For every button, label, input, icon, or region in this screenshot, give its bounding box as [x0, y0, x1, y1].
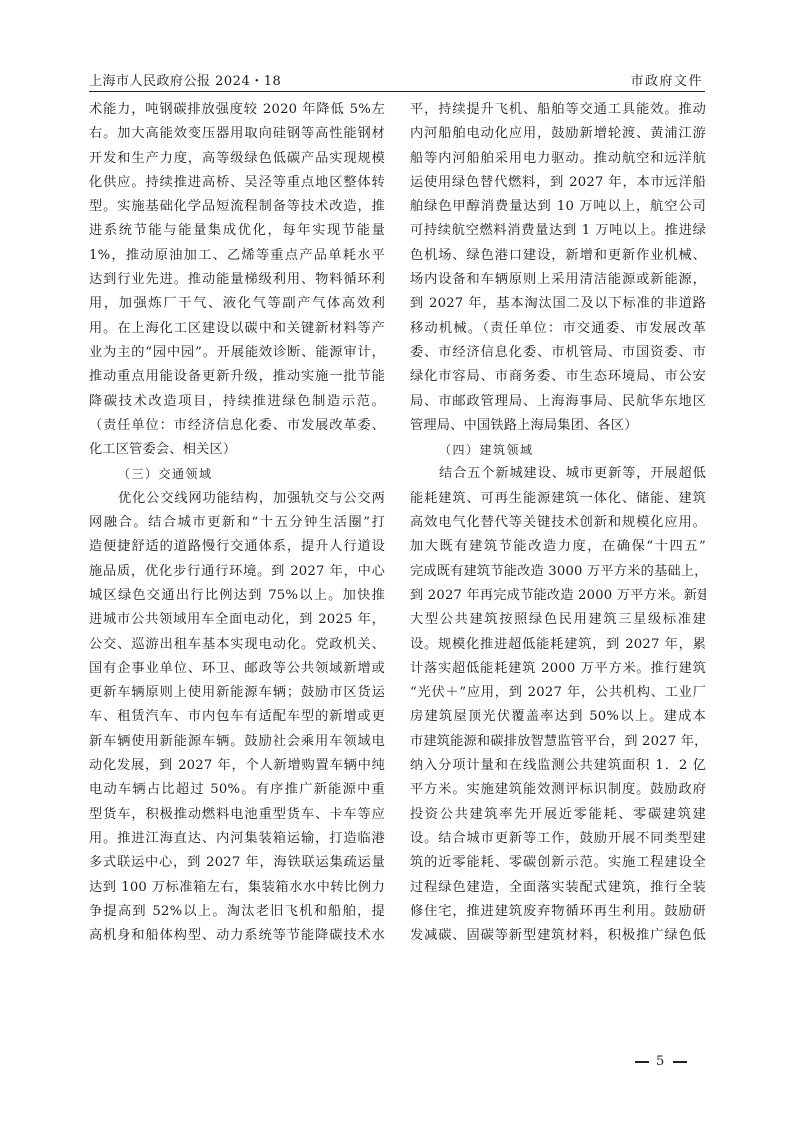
- text-line: 场内设备和车辆原则上采用清洁能源或新能源，: [410, 268, 706, 292]
- text-line: “光伏＋”应用，到 2027 年，公共机构、工业厂: [410, 681, 706, 705]
- text-line: 平，持续提升飞机、船舶等交通工具能效。推动: [410, 98, 706, 122]
- text-line: 能耗建筑、可再生能源建筑一体化、储能、建筑: [410, 487, 706, 511]
- section-heading: （三）交通领域: [89, 462, 385, 486]
- text-line: 进城市公共领域用车全面电动化，到 2025 年，: [89, 608, 385, 632]
- text-line: 船等内河船舶采用电力驱动。推动航空和远洋航: [410, 147, 706, 171]
- text-line: 到 2027 年再完成节能改造 2000 万平方米。新建: [410, 584, 706, 608]
- dash-right: [673, 1061, 687, 1063]
- text-line: 电动车辆占比超过 50%。有序推广新能源中重: [89, 778, 385, 802]
- text-line: 房建筑屋顶光伏覆盖率达到 50%以上。建成本: [410, 705, 706, 729]
- text-line: 局、市邮政管理局、上海海事局、民航华东地区: [410, 390, 706, 414]
- text-line: 用。推进江海直达、内河集装箱运输，打造临港: [89, 827, 385, 851]
- text-line: 计落实超低能耗建筑 2000 万平方米。推行建筑: [410, 657, 706, 681]
- text-line: 色机场、绿色港口建设，新增和更新作业机械、: [410, 244, 706, 268]
- text-line: 城区绿色交通出行比例达到 75%以上。加快推: [89, 584, 385, 608]
- text-line: 动化发展，到 2027 年，个人新增购置车辆中纯: [89, 754, 385, 778]
- text-line: 达到 100 万标准箱左右，集装箱水水中转比例力: [89, 876, 385, 900]
- paragraph-end: 化工区管委会、相关区）: [89, 438, 385, 462]
- text-line: 推动重点用能设备更新升级，推动实施一批节能: [89, 365, 385, 389]
- text-line: 争提高到 52%以上。淘汰老旧飞机和船舶，提: [89, 900, 385, 924]
- text-line: 多式联运中心，到 2027 年，海铁联运集疏运量: [89, 851, 385, 875]
- paragraph-start: 优化公交线网功能结构，加强轨交与公交两: [89, 487, 385, 511]
- text-line: 造便捷舒适的道路慢行交通体系，提升人行道设: [89, 535, 385, 559]
- text-line: 达到行业先进。推动能量梯级利用、物料循环利: [89, 268, 385, 292]
- text-line: 高机身和船体构型、动力系统等节能降碳技术水: [89, 924, 385, 948]
- text-line: 运使用绿色替代燃料，到 2027 年，本市远洋船: [410, 171, 706, 195]
- text-line: 修住宅，推进建筑废弃物循环再生利用。鼓励研: [410, 900, 706, 924]
- text-line: 网融合。结合城市更新和“十五分钟生活圈”打: [89, 511, 385, 535]
- text-line: 大型公共建筑按照绿色民用建筑三星级标准建: [410, 608, 706, 632]
- text-line: 降碳技术改造项目，持续推进绿色制造示范。: [89, 390, 385, 414]
- text-line: 委、市经济信息化委、市机管局、市国资委、市: [410, 341, 706, 365]
- text-line: 进系统节能与能量集成优化，每年实现节能量: [89, 219, 385, 243]
- text-line: 设。规模化推进超低能耗建筑，到 2027 年，累: [410, 633, 706, 657]
- text-line: 型。实施基础化学品短流程制备等技术改造，推: [89, 195, 385, 219]
- text-line: 更新车辆原则上使用新能源车辆；鼓励市区货运: [89, 681, 385, 705]
- section-title: 市政府文件: [630, 70, 703, 89]
- publication-title: 上海市人民政府公报 2024・18: [89, 70, 281, 89]
- text-line: 用。在上海化工区建设以碳中和关键新材料等产: [89, 317, 385, 341]
- text-line: 内河船舶电动化应用，鼓励新增轮渡、黄浦江游: [410, 122, 706, 146]
- text-line: 高效电气化替代等关键技术创新和规模化应用。: [410, 511, 706, 535]
- text-line: 平方米。实施建筑能效测评标识制度。鼓励政府: [410, 778, 706, 802]
- text-line: 术能力，吨钢碳排放强度较 2020 年降低 5%左: [89, 98, 385, 122]
- text-line: 车、租赁汽车、市内包车有适配车型的新增或更: [89, 705, 385, 729]
- text-line: 公交、巡游出租车基本实现电动化。党政机关、: [89, 633, 385, 657]
- text-line: 国有企事业单位、环卫、邮政等公共领域新增或: [89, 657, 385, 681]
- text-line: 右。加大高能效变压器用取向硅钢等高性能钢材: [89, 122, 385, 146]
- text-line: 用，加强炼厂干气、液化气等副产气体高效利: [89, 292, 385, 316]
- paragraph-start: 结合五个新城建设、城市更新等，开展超低: [410, 462, 706, 486]
- text-line: 发减碳、固碳等新型建筑材料，积极推广绿色低: [410, 924, 706, 948]
- text-line: 可持续航空燃料消费量达到 1 万吨以上。推进绿: [410, 219, 706, 243]
- page-number: 5: [628, 1054, 694, 1069]
- text-line: 加大既有建筑节能改造力度，在确保“十四五”: [410, 535, 706, 559]
- running-header: 上海市人民政府公报 2024・18 市政府文件: [89, 68, 705, 92]
- text-line: 设。结合城市更新等工作，鼓励开展不同类型建: [410, 827, 706, 851]
- dash-left: [635, 1061, 649, 1063]
- text-line: 市建筑能源和碳排放智慧监管平台，到 2027 年，: [410, 730, 706, 754]
- text-line: （责任单位：市经济信息化委、市发展改革委、: [89, 414, 385, 438]
- text-line: 开发和生产力度，高等级绿色低碳产品实现规模: [89, 147, 385, 171]
- text-line: 化供应。持续推进高桥、吴泾等重点地区整体转: [89, 171, 385, 195]
- text-line: 1%，推动原油加工、乙烯等重点产品单耗水平: [89, 244, 385, 268]
- text-line: 移动机械。（责任单位：市交通委、市发展改革: [410, 317, 706, 341]
- page-number-value: 5: [656, 1054, 666, 1069]
- text-line: 到 2027 年，基本淘汰国二及以下标准的非道路: [410, 292, 706, 316]
- section-heading: （四）建筑领域: [410, 438, 706, 462]
- text-line: 新车辆使用新能源车辆。鼓励社会乘用车领域电: [89, 730, 385, 754]
- text-line: 绿化市容局、市商务委、市生态环境局、市公安: [410, 365, 706, 389]
- paragraph-end: 管理局、中国铁路上海局集团、各区）: [410, 414, 706, 438]
- text-line: 型货车，积极推动燃料电池重型货车、卡车等应: [89, 803, 385, 827]
- text-line: 完成既有建筑节能改造 3000 万平方米的基础上，: [410, 560, 706, 584]
- text-line: 施品质，优化步行通行环境。到 2027 年，中心: [89, 560, 385, 584]
- left-column: 术能力，吨钢碳排放强度较 2020 年降低 5%左右。加大高能效变压器用取向硅钢…: [89, 98, 385, 948]
- text-line: 业为主的“园中园”。开展能效诊断、能源审计，: [89, 341, 385, 365]
- text-line: 舶绿色甲醇消费量达到 10 万吨以上，航空公司: [410, 195, 706, 219]
- text-line: 筑的近零能耗、零碳创新示范。实施工程建设全: [410, 851, 706, 875]
- text-line: 投资公共建筑率先开展近零能耗、零碳建筑建: [410, 803, 706, 827]
- right-column: 平，持续提升飞机、船舶等交通工具能效。推动内河船舶电动化应用，鼓励新增轮渡、黄浦…: [410, 98, 706, 948]
- text-line: 纳入分项计量和在线监测公共建筑面积 1．2 亿: [410, 754, 706, 778]
- text-line: 过程绿色建造，全面落实装配式建筑，推行全装: [410, 876, 706, 900]
